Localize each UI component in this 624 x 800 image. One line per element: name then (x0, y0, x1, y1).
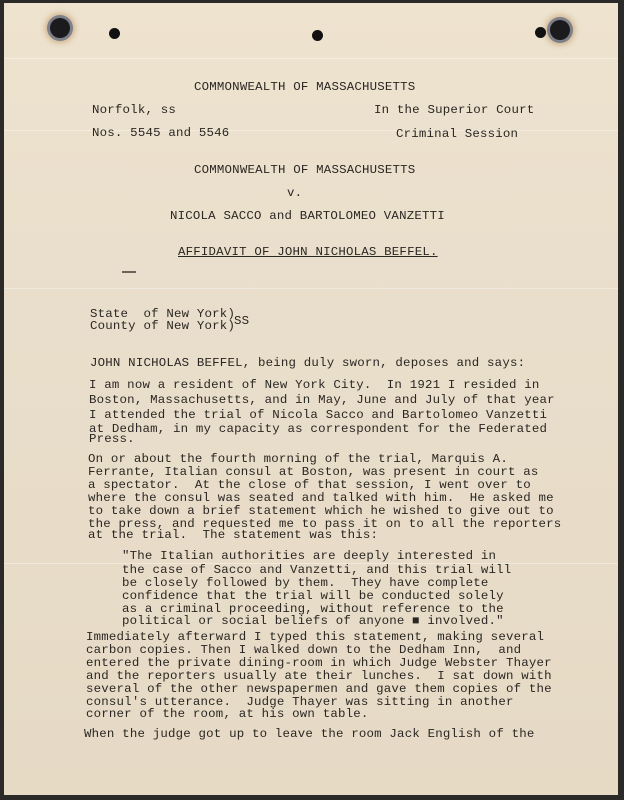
venue-ss: SS (234, 314, 249, 328)
plaintiff: COMMONWEALTH OF MASSACHUSETTS (194, 163, 415, 177)
defendants: NICOLA SACCO and BARTOLOMEO VANZETTI (170, 209, 445, 223)
text-line: to take down a brief statement which he … (88, 504, 554, 518)
staple-hole-icon (312, 30, 323, 41)
paper-fold (4, 58, 618, 59)
court-title: COMMONWEALTH OF MASSACHUSETTS (194, 80, 415, 94)
session-label: Criminal Session (396, 127, 518, 141)
text-line: When the judge got up to leave the room … (84, 727, 535, 741)
intro-line: JOHN NICHOLAS BEFFEL, being duly sworn, … (90, 356, 525, 370)
text-line: at the trial. The statement was this: (88, 528, 378, 542)
staple-hole-icon (109, 28, 120, 39)
paper-fold (4, 288, 618, 289)
text-line: where the consul was seated and talked w… (88, 491, 554, 505)
punch-hole-icon (50, 18, 70, 38)
text-line: Immediately afterward I typed this state… (86, 630, 544, 644)
text-line: On or about the fourth morning of the tr… (88, 452, 508, 466)
county-label: Norfolk, ss (92, 103, 176, 117)
versus: v. (287, 186, 302, 200)
text-line: be closely followed by them. They have c… (122, 576, 489, 590)
text-line: carbon copies. Then I walked down to the… (86, 643, 521, 657)
punch-hole-icon (550, 20, 570, 40)
court-label: In the Superior Court (374, 103, 534, 117)
text-line: I attended the trial of Nicola Sacco and… (89, 408, 547, 422)
venue-county: County of New York) (90, 319, 235, 333)
text-line: confidence that the trial will be conduc… (122, 589, 504, 603)
ink-mark (122, 271, 136, 273)
text-line: corner of the room, at his own table. (86, 707, 369, 721)
text-line: I am now a resident of New York City. In… (89, 378, 540, 392)
text-line: "The Italian authorities are deeply inte… (122, 549, 496, 563)
text-line: political or social beliefs of anyone ■ … (122, 614, 504, 628)
text-line: Boston, Massachusetts, and in May, June … (89, 393, 555, 407)
case-numbers: Nos. 5545 and 5546 (92, 126, 229, 140)
text-line: the case of Sacco and Vanzetti, and this… (122, 563, 511, 577)
staple-hole-icon (535, 27, 546, 38)
document-title: AFFIDAVIT OF JOHN NICHOLAS BEFFEL. (178, 245, 438, 259)
text-line: several of the other newspapermen and ga… (86, 682, 552, 696)
text-line: Ferrante, Italian consul at Boston, was … (88, 465, 539, 479)
text-line: entered the private dining-room in which… (86, 656, 552, 670)
text-line: Press. (89, 432, 135, 446)
text-line: at Dedham, in my capacity as corresponde… (89, 422, 547, 436)
text-line: a spectator. At the close of that sessio… (88, 478, 531, 492)
text-line: and the reporters usually ate their lunc… (86, 669, 552, 683)
